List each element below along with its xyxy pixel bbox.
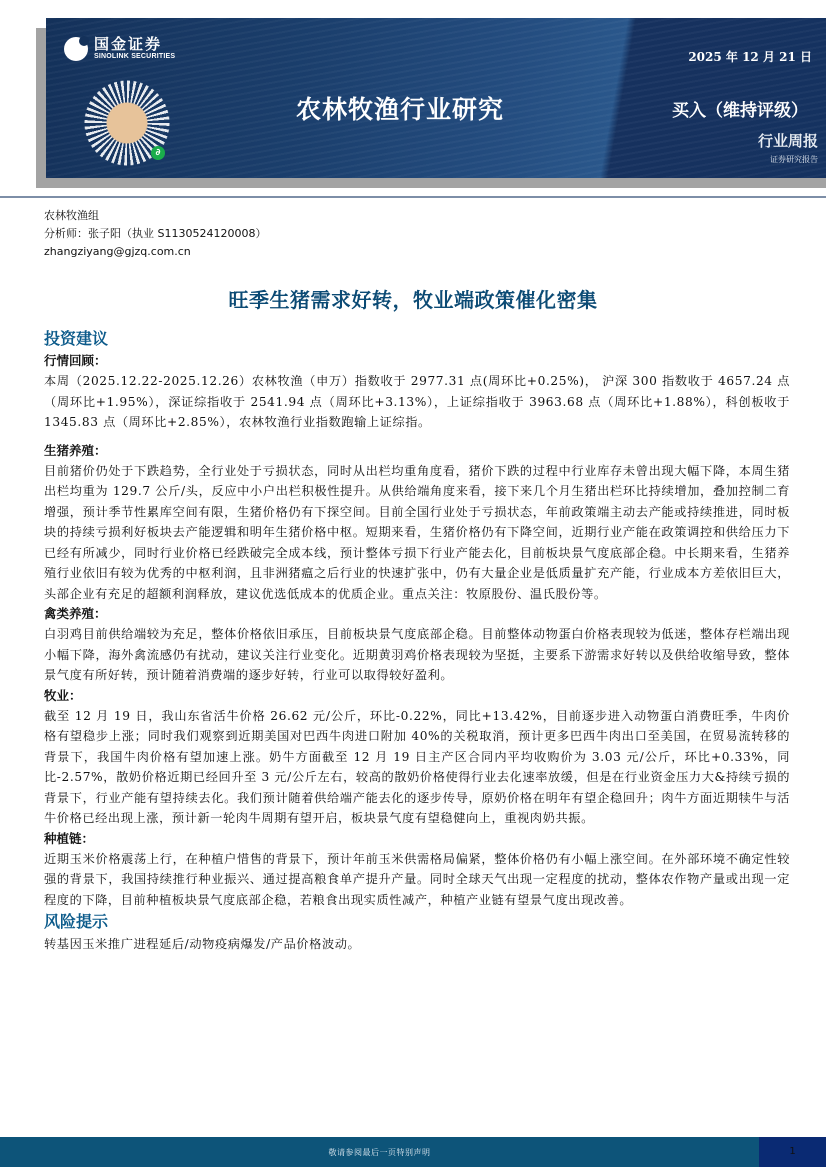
paragraph-market: 本周（2025.12.22-2025.12.26）农林牧渔（申万）指数收于 29…	[44, 371, 790, 433]
subsection-title-hog: 生猪养殖：	[44, 441, 790, 461]
report-type: 行业周报	[758, 130, 818, 151]
investment-rating: 买入（维持评级）	[672, 96, 808, 121]
subsection-title-planting: 种植链：	[44, 829, 790, 849]
report-headline: 旺季生猪需求好转，牧业端政策催化密集	[0, 284, 826, 313]
paragraph-risk: 转基因玉米推广进程延后/动物疫病爆发/产品价格波动。	[44, 934, 790, 955]
paragraph-planting: 近期玉米价格震荡上行，在种植户惜售的背景下，预计年前玉米供需格局偏紧，整体价格仍…	[44, 849, 790, 911]
paragraph-poultry: 白羽鸡目前供给端较为充足，整体价格依旧承压，目前板块景气度底部企稳。目前整体动物…	[44, 624, 790, 686]
disclaimer-note: 敬请参阅最后一页特别声明	[0, 1147, 759, 1158]
logo-chinese-name: 国金证券	[94, 36, 175, 52]
page-number: 1	[759, 1137, 826, 1167]
paragraph-livestock: 截至 12 月 19 日，我山东省活牛价格 26.62 元/公斤，环比-0.22…	[44, 706, 790, 829]
subsection-title-poultry: 禽类养殖：	[44, 604, 790, 624]
report-category: 证券研究报告	[770, 154, 818, 165]
subsection-title-market: 行情回顾：	[44, 351, 790, 371]
header-divider	[0, 196, 826, 198]
subsection-title-livestock: 牧业：	[44, 686, 790, 706]
paragraph-hog: 目前猪价仍处于下跌趋势，全行业处于亏损状态，同时从出栏均重角度看，猪价下跌的过程…	[44, 461, 790, 605]
analyst-name: 分析师：张子阳（执业 S1130524120008）	[44, 225, 266, 243]
research-group: 农林牧渔组	[44, 207, 266, 225]
page-footer: 敬请参阅最后一页特别声明 1	[0, 1137, 826, 1167]
sinolink-logo-icon	[64, 37, 88, 61]
report-body: 投资建议 行情回顾： 本周（2025.12.22-2025.12.26）农林牧渔…	[44, 327, 790, 955]
company-logo: 国金证券 SINOLINK SECURITIES	[64, 36, 175, 61]
logo-english-name: SINOLINK SECURITIES	[94, 52, 175, 61]
report-banner: 国金证券 SINOLINK SECURITIES ∂ 农林牧渔行业研究 2025…	[46, 18, 826, 178]
mini-program-icon: ∂	[151, 146, 165, 160]
analyst-info: 农林牧渔组 分析师：张子阳（执业 S1130524120008） zhangzi…	[44, 207, 266, 261]
section-title-investment: 投资建议	[44, 327, 790, 351]
section-title-risk: 风险提示	[44, 910, 790, 934]
analyst-email[interactable]: zhangziyang@gjzq.com.cn	[44, 243, 266, 261]
report-date: 2025 年 12 月 21 日	[688, 48, 812, 65]
industry-title: 农林牧渔行业研究	[296, 90, 504, 126]
